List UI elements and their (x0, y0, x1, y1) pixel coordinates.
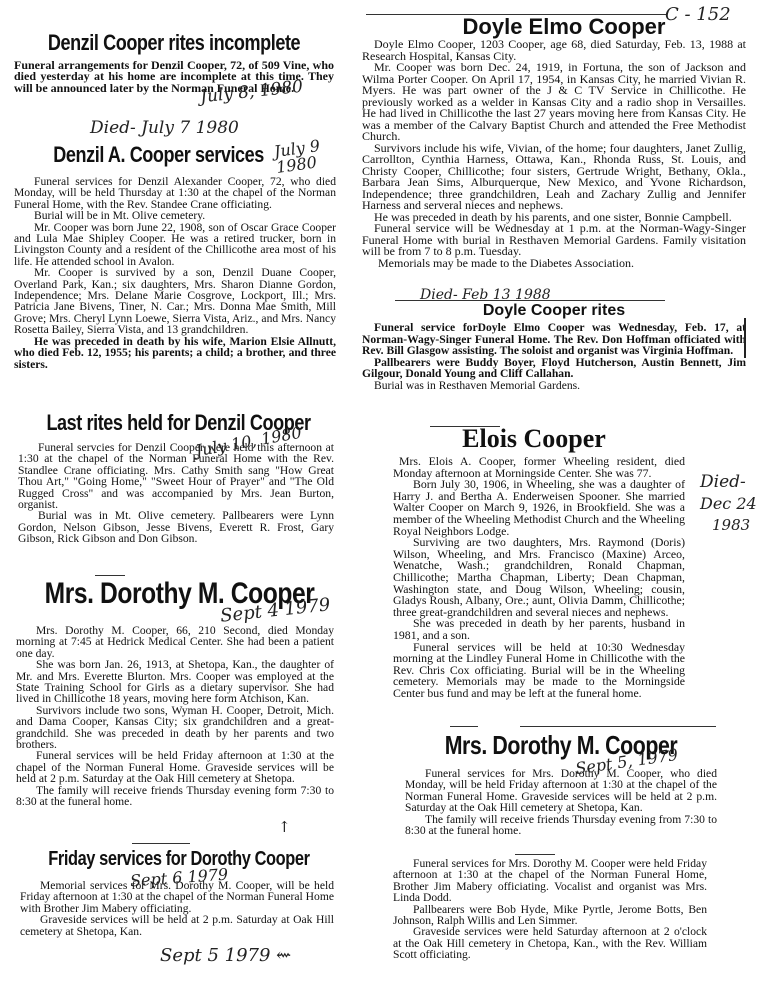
paragraph: Mr. Cooper was born Dec. 24, 1919, in Fo… (362, 62, 746, 143)
handwritten-died-date: Dec 24 (700, 494, 757, 513)
paragraph: Born July 30, 1906, in Wheeling, she was… (393, 479, 685, 537)
paragraph: Memorials may be made to the Diabetes As… (362, 258, 746, 270)
clipping-dorothy-services-held: Funeral services for Mrs. Dorothy M. Coo… (393, 858, 707, 961)
divider-rule (450, 726, 478, 727)
headline: Doyle Elmo Cooper (362, 14, 746, 38)
handwritten-date-bottom: Sept 5 1979 ⇜ (160, 945, 291, 966)
paragraph: Funeral services will be held Friday aft… (16, 750, 334, 784)
clipping-elois-obituary: Elois Cooper Mrs. Elois A. Cooper, forme… (393, 424, 685, 699)
article-body: Funeral service forDoyle Elmo Cooper was… (362, 322, 746, 391)
paragraph: Mr. Cooper is survived by a son, Denzil … (14, 267, 336, 335)
article-body: Funeral services for Mrs. Dorothy M. Coo… (405, 768, 717, 836)
headline: Elois Cooper (393, 424, 685, 452)
paragraph: Burial was in Mt. Olive cemetery. Pallbe… (18, 510, 334, 544)
paragraph: Survivors include his wife, Vivian, of t… (362, 143, 746, 212)
headline: Denzil A. Cooper services (43, 142, 307, 170)
clipping-doyle-rites: Doyle Cooper rites Funeral service forDo… (362, 302, 746, 391)
paragraph: Burial was in Resthaven Memorial Gardens… (362, 380, 746, 392)
article-body: Mrs. Elois A. Cooper, former Wheeling re… (393, 456, 685, 699)
paragraph: Mrs. Dorothy M. Cooper, 66, 210 Second, … (16, 625, 334, 659)
article-body: Funeral services for Mrs. Dorothy M. Coo… (393, 858, 707, 961)
handwritten-died-date: Died- July 7 1980 (90, 118, 239, 138)
article-body: Mrs. Dorothy M. Cooper, 66, 210 Second, … (16, 625, 334, 808)
paragraph: Funeral service forDoyle Elmo Cooper was… (362, 322, 746, 357)
paragraph: Funeral services will be held at 10:30 W… (393, 642, 685, 700)
clipping-dorothy-friday-services: Friday services for Dorothy Cooper Memor… (20, 848, 334, 937)
paragraph: Graveside services were held Saturday af… (393, 926, 707, 960)
clipping-doyle-obituary: Doyle Elmo Cooper Doyle Elmo Cooper, 120… (362, 14, 746, 269)
paragraph: Mrs. Elois A. Cooper, former Wheeling re… (393, 456, 685, 479)
divider-rule (95, 575, 125, 576)
article-body: Memorial services for Mrs. Dorothy M. Co… (20, 880, 334, 937)
paragraph: Funeral servcies for Denzil Cooper were … (18, 442, 334, 510)
paragraph: Surviving are two daughters, Mrs. Raymon… (393, 537, 685, 618)
headline: Doyle Cooper rites (362, 302, 746, 320)
divider-rule (132, 843, 190, 844)
divider-rule (515, 854, 555, 855)
paragraph: Survivors include two sons, Wyman H. Coo… (16, 705, 334, 751)
handwritten-died-year: 1983 (712, 516, 750, 534)
paragraph: Burial will be in Mt. Olive cemetery. (14, 210, 336, 221)
paragraph: He was preceded in death by his wife, Ma… (14, 336, 336, 370)
paragraph: Mr. Cooper was born June 22, 1908, son o… (14, 222, 336, 268)
divider-rule (520, 726, 716, 727)
article-body: Doyle Elmo Cooper, 1203 Cooper, age 68, … (362, 39, 746, 269)
article-body: Funeral servcies for Denzil Cooper were … (18, 442, 334, 545)
paragraph: Pallbearers were Buddy Boyer, Floyd Hutc… (362, 357, 746, 380)
handwritten-arrow: ↑ (278, 818, 291, 836)
headline: Denzil Cooper rites incomplete (43, 30, 305, 56)
margin-mark (744, 318, 746, 358)
paragraph: Doyle Elmo Cooper, 1203 Cooper, age 68, … (362, 39, 746, 62)
paragraph: Pallbearers were Bob Hyde, Mike Pyrtle, … (393, 904, 707, 927)
clipping-denzil-services: Denzil A. Cooper services Funeral servic… (14, 142, 336, 370)
paragraph: The family will receive friends Thursday… (16, 785, 334, 808)
paragraph: She was preceded in death by her parents… (393, 618, 685, 641)
paragraph: Funeral service will be Wednesday at 1 p… (362, 223, 746, 258)
paragraph: Graveside services will be held at 2 p.m… (20, 914, 334, 937)
paragraph: Funeral services for Denzil Alexander Co… (14, 176, 336, 210)
paragraph: The family will receive friends Thursday… (405, 814, 717, 837)
divider-rule (395, 300, 665, 301)
paragraph: Funeral services for Mrs. Dorothy M. Coo… (393, 858, 707, 904)
paragraph: She was born Jan. 26, 1913, at Shetopa, … (16, 659, 334, 705)
article-body: Funeral services for Denzil Alexander Co… (14, 176, 336, 370)
paragraph: Funeral services for Mrs. Dorothy M. Coo… (405, 768, 717, 814)
handwritten-died: Died- (700, 472, 746, 492)
